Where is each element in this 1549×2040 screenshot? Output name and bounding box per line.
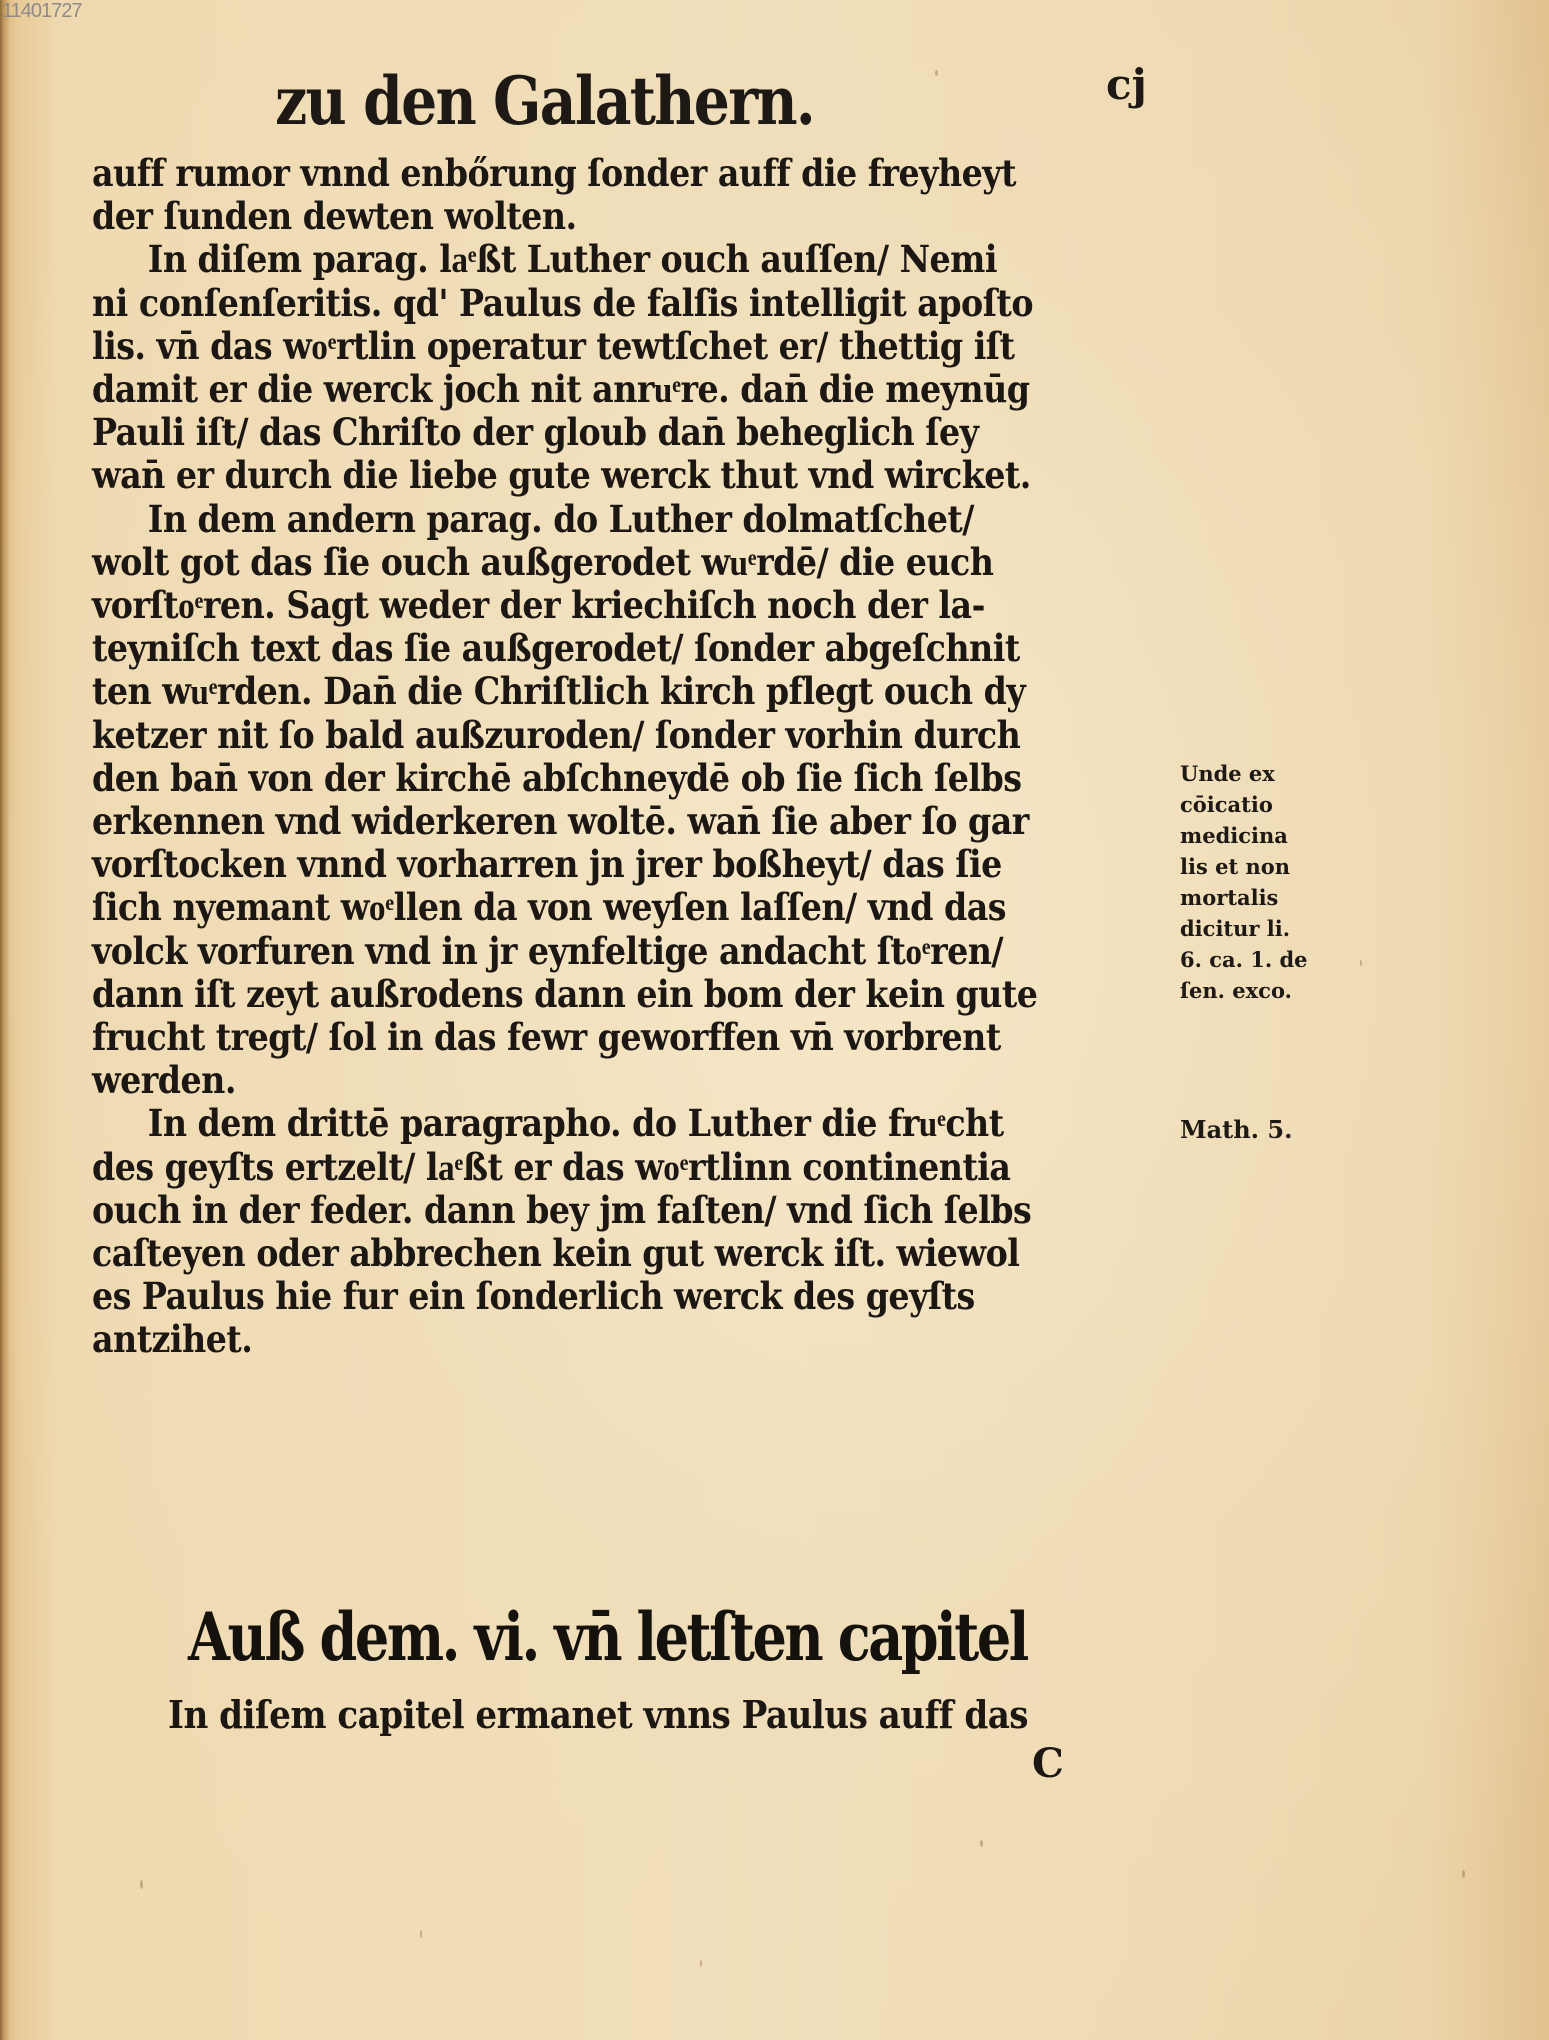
- running-head: zu den Galathern.: [275, 62, 814, 140]
- text-line: lis. vn̄ das woͤrtlin operatur tewtſchet…: [92, 325, 1064, 368]
- text-line: ketzer nit ſo bald außzuroden/ ſonder vo…: [92, 714, 1064, 757]
- signature-mark: C: [1032, 1740, 1064, 1787]
- paragraph-start-line: In diſem parag. laͤßt Luther ouch auſſen…: [92, 238, 1064, 281]
- text-line: frucht tregt/ ſol in das fewr geworffen …: [92, 1016, 1064, 1059]
- marginal-note-line: lis et non: [1180, 851, 1360, 882]
- text-line: Pauli iſt/ das Chriſto der gloub dan̄ be…: [92, 411, 1064, 454]
- paper-speck: [420, 1930, 422, 1938]
- paper-speck: [140, 1880, 143, 1889]
- marginal-bible-reference: Math. 5.: [1180, 1115, 1292, 1144]
- marginal-note-line: 6. ca. 1. de: [1180, 944, 1360, 975]
- main-text-block: auff rumor vnnd enbőrung ſonder auff die…: [92, 152, 1172, 1362]
- book-page: 11401727 zu den Galathern. cj auff rumor…: [0, 0, 1549, 2040]
- paragraph-start-line: In dem drittē paragrapho. do Luther die …: [92, 1102, 1064, 1145]
- text-line: wan̄ er durch die liebe gute werck thut …: [92, 454, 1064, 497]
- marginal-note-line: Unde ex: [1180, 758, 1360, 789]
- marginal-note-line: dicitur li.: [1180, 913, 1360, 944]
- paper-speck: [1462, 1870, 1465, 1878]
- text-line: caſteyen oder abbrechen kein gut werck i…: [92, 1232, 1064, 1275]
- marginal-note-line: mortalis: [1180, 882, 1360, 913]
- text-line: der ſunden dewten wolten.: [92, 195, 1064, 238]
- folio-number: cj: [1106, 60, 1147, 109]
- text-line: auff rumor vnnd enbőrung ſonder auff die…: [92, 152, 1064, 195]
- marginal-note-line: medicina: [1180, 820, 1360, 851]
- text-line: den ban̄ von der kirchē abſchneydē ob ſi…: [92, 757, 1064, 800]
- text-line: volck vorfuren vnd in jr eynfeltige anda…: [92, 930, 1064, 973]
- marginal-note-line: ſen. exco.: [1180, 975, 1360, 1006]
- text-line: ouch in der feder. dann bey jm faſten/ v…: [92, 1189, 1064, 1232]
- text-line: antzihet.: [92, 1318, 1064, 1361]
- text-line: vorſtocken vnnd vorharren jn jrer boßhey…: [92, 843, 1064, 886]
- text-line: ſich nyemant woͤllen da von weyſen laſſe…: [92, 886, 1064, 929]
- marginal-note-line: cōicatio: [1180, 789, 1360, 820]
- text-line: erkennen vnd widerkeren woltē. wan̄ ſie …: [92, 800, 1064, 843]
- scan-id-label: 11401727: [2, 0, 82, 23]
- paper-speck: [980, 1840, 983, 1847]
- paper-speck: [700, 1960, 702, 1967]
- text-line: damit er die werck joch nit anruͤre. dan…: [92, 368, 1064, 411]
- chapter-heading: Auß dem. vi. vn̄ letſten capitel: [188, 1598, 1027, 1676]
- text-line: ni conſenſeritis. qd' Paulus de falſis i…: [92, 282, 1064, 325]
- text-line: des geyſts ertzelt/ laͤßt er das woͤrtli…: [92, 1146, 1064, 1189]
- text-line: wolt got das ſie ouch außgerodet wuͤrdē/…: [92, 541, 1064, 584]
- marginal-note: Unde ex cōicatio medicina lis et non mor…: [1180, 758, 1360, 1006]
- page-gutter-edge: [0, 0, 10, 2040]
- paper-speck: [935, 70, 938, 76]
- paragraph-start-line: In dem andern parag. do Luther dolmatſch…: [92, 498, 1064, 541]
- text-line: vorſtoͤren. Sagt weder der kriechiſch no…: [92, 584, 1064, 627]
- paper-speck: [1360, 960, 1362, 966]
- text-line: dann iſt zeyt außrodens dann ein bom der…: [92, 973, 1064, 1016]
- text-line: es Paulus hie fur ein ſonderlich werck d…: [92, 1275, 1064, 1318]
- chapter-first-line: In diſem capitel ermanet vnns Paulus auf…: [168, 1692, 1028, 1737]
- text-line: werden.: [92, 1059, 1064, 1102]
- text-line: ten wuͤrden. Dan̄ die Chriſtlich kirch p…: [92, 670, 1064, 713]
- text-line: teyniſch text das ſie außgerodet/ ſonder…: [92, 627, 1064, 670]
